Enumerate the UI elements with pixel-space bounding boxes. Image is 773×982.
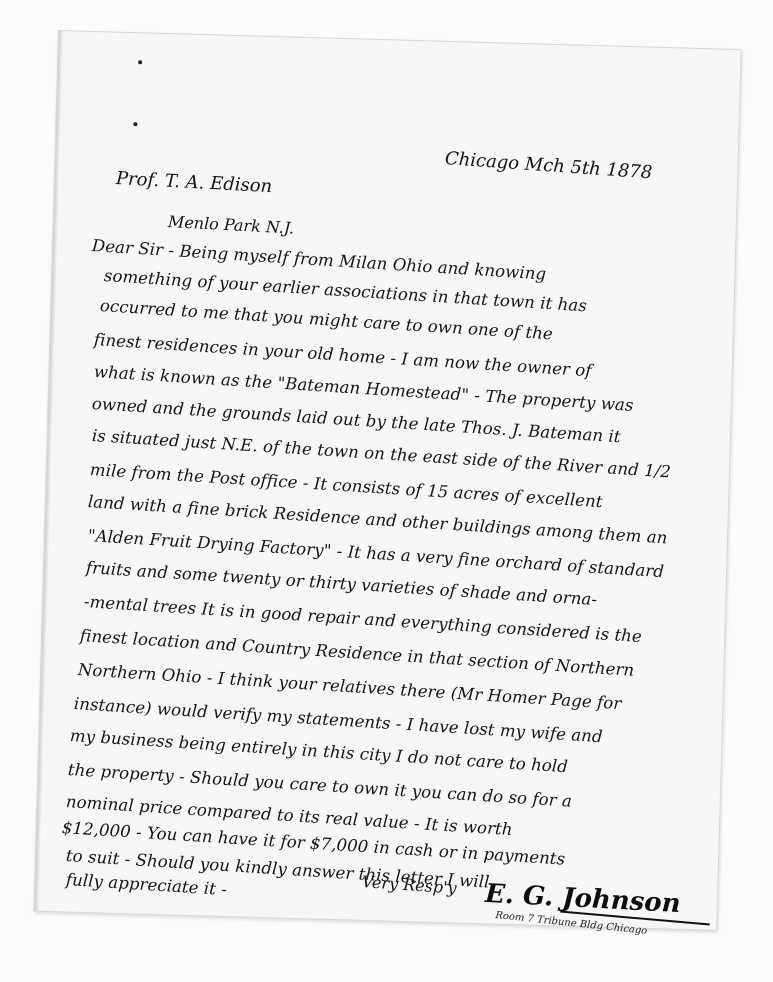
punch-hole-mark [133, 122, 137, 126]
scanned-letter-view: E. G. Johnson Chicago Mch 5th 1878 Prof.… [0, 0, 773, 982]
punch-hole-mark [138, 60, 142, 64]
